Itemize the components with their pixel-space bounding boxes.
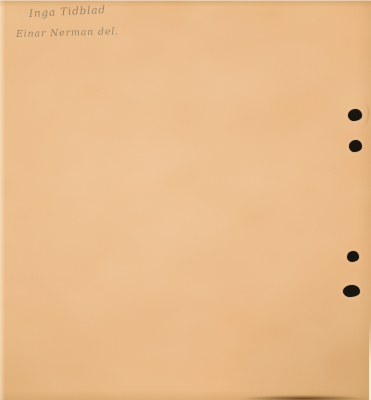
paper-sheet: Inga Tidblad Einar Nerman del. [0,0,371,400]
ink-dot [343,285,360,297]
ink-dot [347,251,359,262]
ink-dots-layer [0,0,371,400]
scanned-page: Inga Tidblad Einar Nerman del. [0,0,371,400]
paper-edge-shadow [236,395,371,400]
ink-dot [349,140,362,152]
